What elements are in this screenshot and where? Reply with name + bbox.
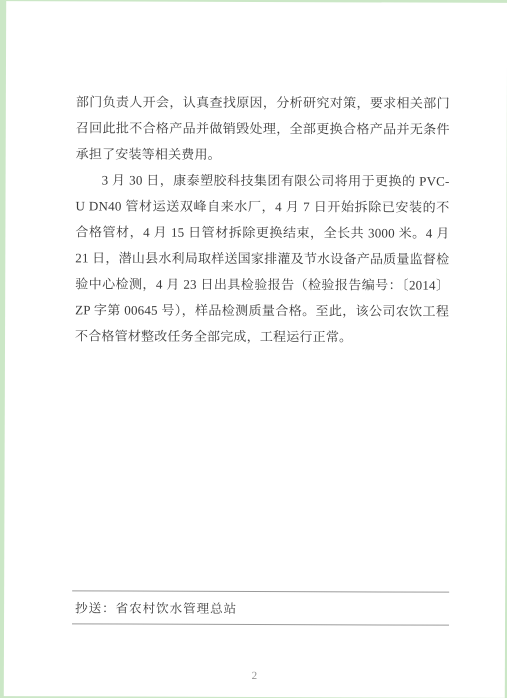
cc-note-label: 抄送：省农村饮水管理总站: [75, 601, 237, 616]
paragraph-rectification-report: 3 月 30 日，康泰塑胶科技集团有限公司将用于更换的 PVC-U DN40 管…: [75, 167, 450, 350]
scan-background: { "page": { "background_color": "#cbe7c6…: [0, 0, 507, 698]
paragraph-continued: 部门负责人开会，认真查找原因，分析研究对策，要求相关部门召回此批不合格产品并做销…: [76, 89, 450, 168]
document-body: 部门负责人开会，认真查找原因，分析研究对策，要求相关部门召回此批不合格产品并做销…: [75, 89, 450, 350]
cc-note-block: 抄送：省农村饮水管理总站: [72, 590, 449, 625]
page-number: 2: [4, 669, 505, 683]
document-page: 部门负责人开会，认真查找原因，分析研究对策，要求相关部门召回此批不合格产品并做销…: [4, 1, 507, 698]
